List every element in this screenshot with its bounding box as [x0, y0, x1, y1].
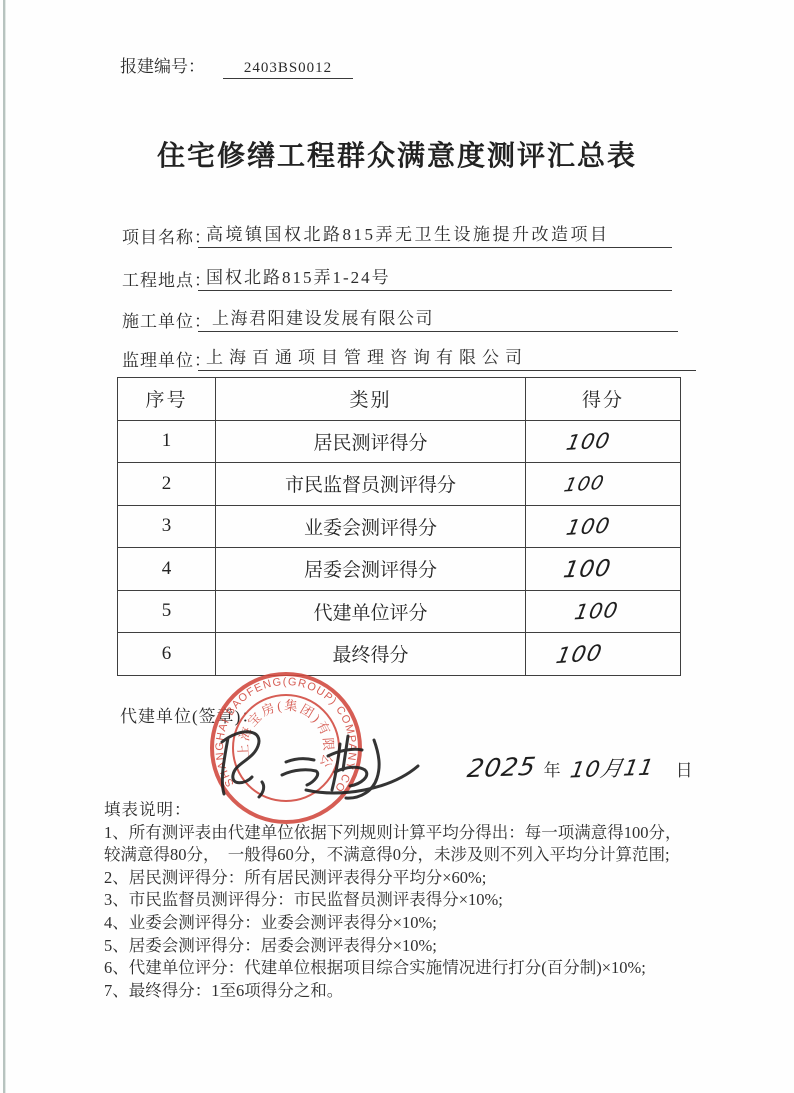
scanned-document-page: 报建编号：2403BS0012 住宅修缮工程群众满意度测评汇总表 项目名称：高境…	[0, 0, 794, 1093]
row-score: 100	[526, 420, 681, 463]
row-no: 4	[118, 548, 216, 591]
date-line: 2025年10月11日	[468, 752, 695, 783]
row-no: 6	[118, 633, 216, 676]
row-category: 居民测评得分	[216, 420, 526, 463]
handwritten-score: 100	[565, 513, 613, 539]
row-category: 居委会测评得分	[216, 548, 526, 591]
field-value: 上海君阳建设发展有限公司	[198, 304, 678, 332]
signature-stroke	[282, 770, 318, 785]
table-row: 4 居委会测评得分 100	[118, 548, 681, 591]
signature-stroke	[335, 767, 367, 786]
field-label: 监理单位：	[122, 346, 198, 371]
signature-stroke	[222, 732, 259, 783]
row-score: 100	[526, 463, 681, 506]
field-value: 高境镇国权北路815弄无卫生设施提升改造项目	[198, 220, 672, 248]
note-line: 7、最终得分：1至6项得分之和。	[104, 980, 752, 1003]
field-value: 上海百通项目管理咨询有限公司	[198, 343, 696, 371]
field-label: 施工单位：	[122, 307, 198, 332]
field-project-location: 工程地点：国权北路815弄1-24号	[122, 263, 672, 291]
note-line: 5、居委会测评得分：居委会测评表得分×10%;	[104, 935, 752, 958]
notes-heading: 填表说明：	[104, 799, 752, 822]
header-score: 得分	[526, 378, 681, 421]
note-line: 2、居民测评得分：所有居民测评表得分平均分×60%;	[104, 867, 752, 890]
signature-stroke	[286, 759, 314, 762]
table-row: 6 最终得分 100	[118, 633, 681, 676]
note-line: 较满意得80分， 一般得60分，不满意得0分，未涉及则不列入平均分计算范围;	[104, 844, 752, 867]
header-category: 类别	[216, 378, 526, 421]
date-monthday-handwritten: 10月11	[568, 751, 657, 785]
note-line: 4、业委会测评得分：业委会测评表得分×10%;	[104, 912, 752, 935]
note-line: 3、市民监督员测评得分：市民监督员测评表得分×10%;	[104, 889, 752, 912]
row-category: 代建单位评分	[216, 590, 526, 633]
signature-stroke	[259, 782, 264, 797]
field-construction-unit: 施工单位：上海君阳建设发展有限公司	[122, 304, 678, 332]
row-score: 100	[526, 505, 681, 548]
date-day-label: 日	[676, 761, 695, 780]
row-category: 业委会测评得分	[216, 505, 526, 548]
table-row: 5 代建单位评分 100	[118, 590, 681, 633]
handwritten-score: 100	[565, 428, 613, 454]
row-no: 5	[118, 590, 216, 633]
date-year-label: 年	[544, 761, 563, 780]
field-project-name: 项目名称：高境镇国权北路815弄无卫生设施提升改造项目	[122, 220, 672, 248]
table-row: 1 居民测评得分 100	[118, 420, 681, 463]
row-no: 1	[118, 420, 216, 463]
notes-section: 填表说明： 1、所有测评表由代建单位依据下列规则计算平均分得出：每一项满意得10…	[104, 799, 752, 1002]
header-no: 序号	[118, 378, 216, 421]
row-score: 100	[526, 548, 681, 591]
row-no: 2	[118, 463, 216, 506]
signature-stroke	[343, 736, 348, 770]
form-number-line: 报建编号：2403BS0012	[120, 52, 353, 79]
handwritten-score: 100	[553, 641, 604, 669]
row-category: 市民监督员测评得分	[216, 463, 526, 506]
handwritten-score: 100	[562, 472, 607, 497]
table-header-row: 序号 类别 得分	[118, 378, 681, 421]
signature-stroke	[222, 738, 228, 794]
table-row: 3 业委会测评得分 100	[118, 505, 681, 548]
row-score: 100	[526, 633, 681, 676]
note-line: 1、所有测评表由代建单位依据下列规则计算平均分得出：每一项满意得100分，	[104, 822, 752, 845]
handwritten-score: 100	[561, 555, 613, 583]
row-no: 3	[118, 505, 216, 548]
field-value: 国权北路815弄1-24号	[198, 263, 672, 291]
date-year-handwritten: 2025	[465, 752, 538, 783]
row-score: 100	[526, 590, 681, 633]
note-line: 6、代建单位评分：代建单位根据项目综合实施情况进行打分(百分制)×10%;	[104, 957, 752, 980]
field-label: 项目名称：	[122, 223, 198, 248]
field-supervision-unit: 监理单位：上海百通项目管理咨询有限公司	[122, 343, 696, 371]
score-table: 序号 类别 得分 1 居民测评得分 100 2 市民监督员测评得分 100 3 …	[117, 377, 681, 676]
page-title: 住宅修缮工程群众满意度测评汇总表	[0, 134, 794, 174]
form-number-label: 报建编号：	[120, 57, 205, 76]
form-number-value: 2403BS0012	[223, 60, 353, 79]
field-label: 工程地点：	[122, 266, 198, 291]
table-row: 2 市民监督员测评得分 100	[118, 463, 681, 506]
handwritten-score: 100	[573, 598, 621, 624]
